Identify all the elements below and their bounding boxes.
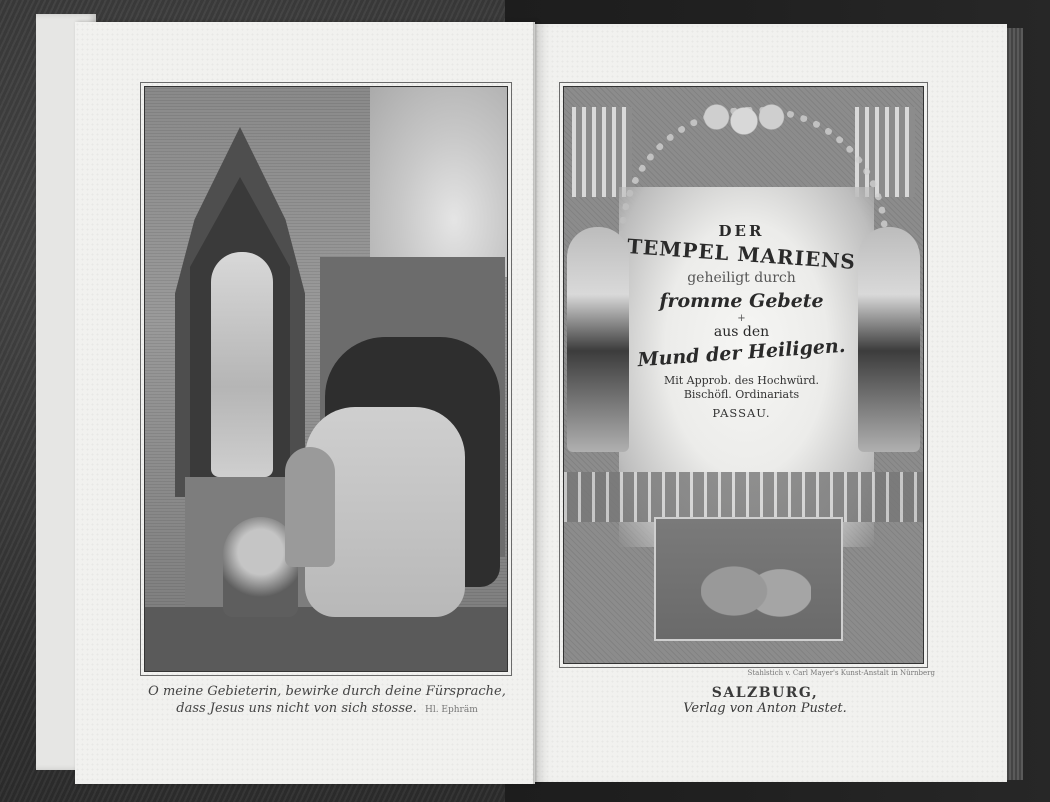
- title-sub-fromme-gebete: fromme Gebete: [614, 290, 869, 312]
- imprint-publisher: Verlag von Anton Pustet.: [640, 701, 890, 716]
- imprint: SALZBURG, Verlag von Anton Pustet.: [640, 685, 890, 716]
- approbation-line-2: Bischöfl. Ordinariats: [614, 388, 869, 402]
- ground: [145, 607, 507, 672]
- caption-attribution: Hl. Ephräm: [425, 705, 478, 715]
- annunciation-figures: [701, 534, 811, 629]
- gothic-spire-left: [572, 107, 632, 197]
- approbation-place: PASSAU.: [614, 406, 869, 420]
- title-block: DER TEMPEL MARIENS geheiligt durch fromm…: [614, 222, 869, 420]
- title-sub-geheiligt: geheiligt durch: [614, 270, 869, 286]
- approbation-line-1: Mit Approb. des Hochwürd.: [614, 374, 869, 388]
- caption-line-1: O meine Gebieterin, bewirke durch deine …: [142, 683, 512, 700]
- annunciation-scene: [654, 517, 843, 641]
- cherubs: [689, 95, 799, 135]
- sky: [370, 87, 508, 277]
- engraver-credit: Stahlstich v. Carl Mayer's Kunst-Anstalt…: [700, 669, 935, 677]
- gothic-arcade: [564, 472, 923, 522]
- page-edges: [1005, 28, 1023, 780]
- caption-line-2: dass Jesus uns nicht von sich stosse.: [176, 701, 417, 716]
- frontispiece-engraving: [140, 82, 512, 676]
- frontispiece-caption: O meine Gebieterin, bewirke durch deine …: [142, 683, 512, 719]
- cross-ornament-icon: +: [614, 314, 869, 324]
- book-gutter: [533, 22, 537, 784]
- madonna-statue: [211, 252, 273, 477]
- praying-child: [285, 447, 335, 567]
- imprint-city: SALZBURG,: [640, 685, 890, 701]
